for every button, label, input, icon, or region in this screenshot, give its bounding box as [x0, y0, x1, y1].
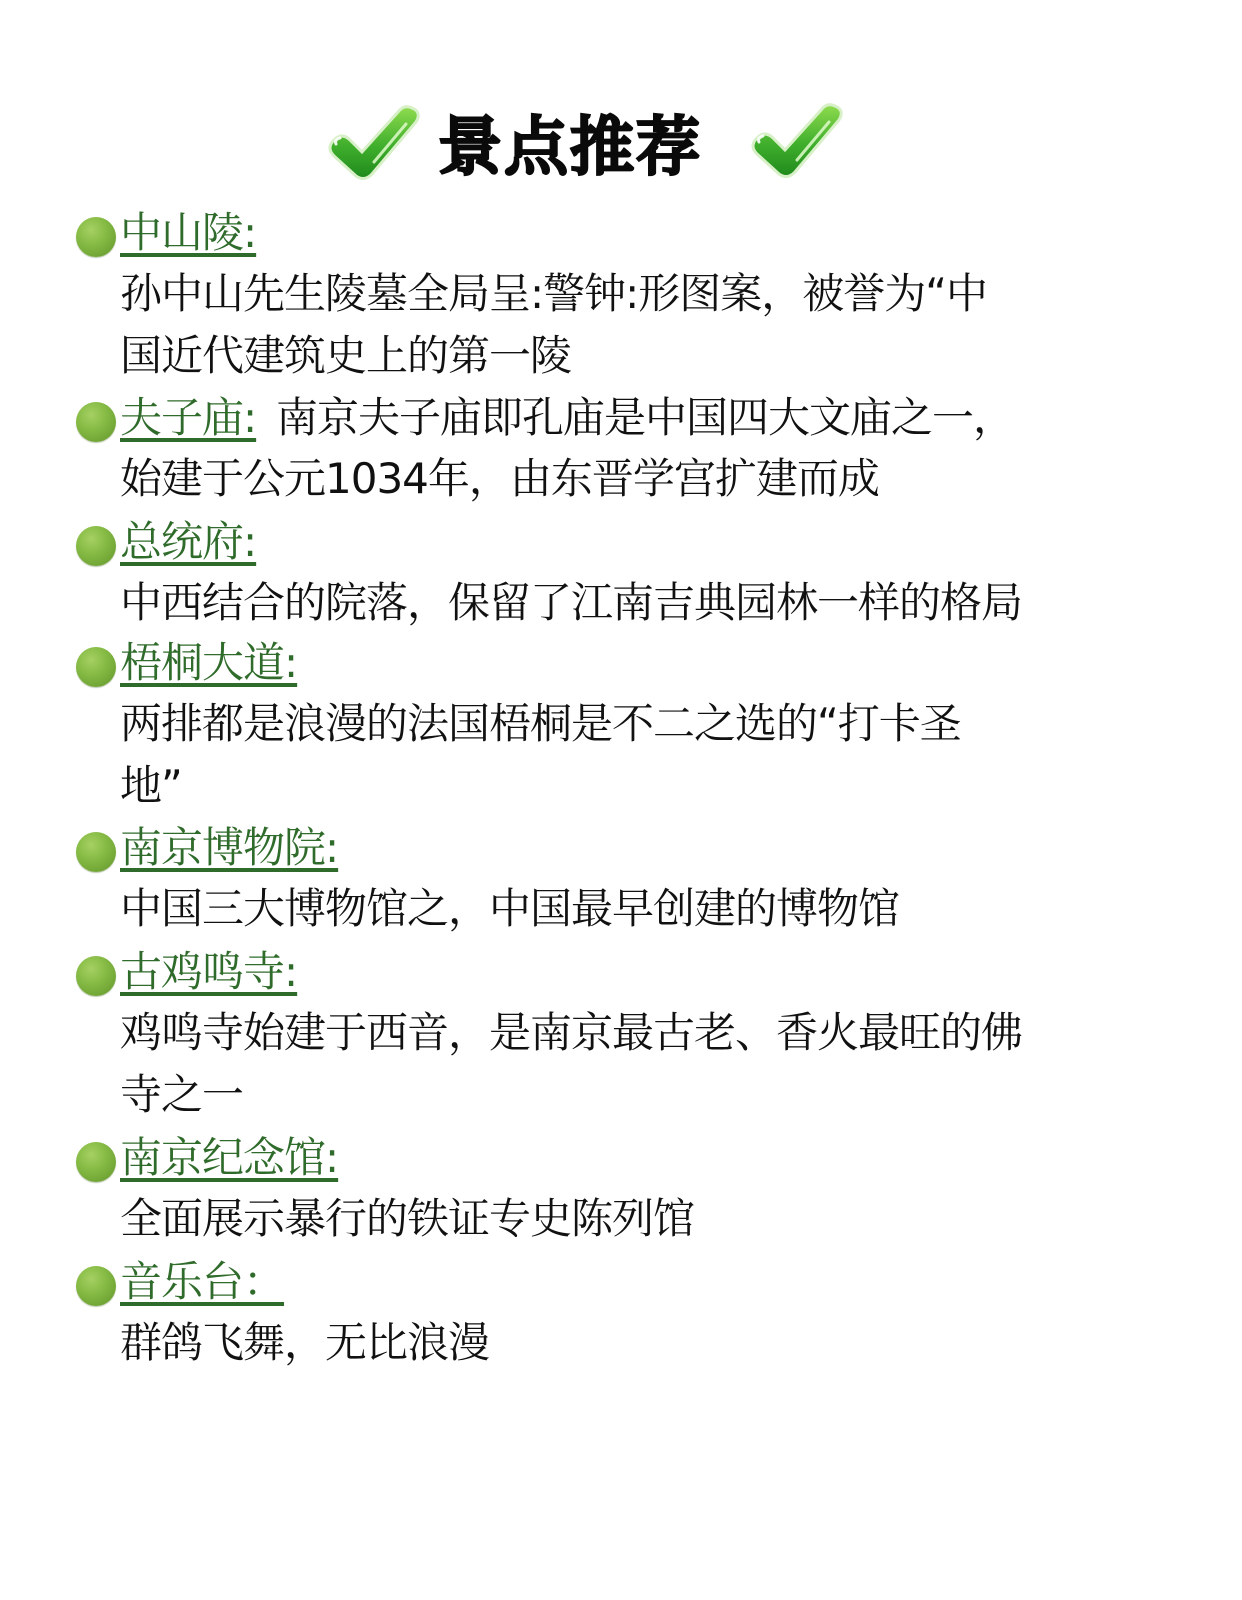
attraction-description: 群鸽飞舞，无比浪漫 [120, 1312, 1190, 1374]
attraction-name: 南京博物院: [120, 818, 338, 878]
attraction-fuzimiao: 夫子庙: 南京夫子庙即孔庙是中国四大文庙之一， 始建于公元1034年，由东晋学宫… [76, 388, 1186, 510]
description-line: 孙中山先生陵墓全局呈:警钟:形图案，被誉为“中 [120, 263, 1190, 325]
attraction-name: 南京纪念馆: [120, 1128, 338, 1188]
attraction-nanjing-museum: 南京博物院: 中国三大博物馆之，中国最早创建的博物馆 [76, 818, 1186, 940]
attraction-heading: 梧桐大道: [76, 633, 1186, 693]
attraction-description: 中国三大博物馆之，中国最早创建的博物馆 [120, 878, 1190, 940]
description-line: 两排都是浪漫的法国梧桐是不二之选的“打卡圣 [120, 693, 1190, 755]
description-line: 国近代建筑史上的第一陵 [120, 325, 1190, 387]
description-line: 全面展示暴行的铁证专史陈列馆 [120, 1188, 1190, 1250]
attraction-zhongshanling: 中山陵: 孙中山先生陵墓全局呈:警钟:形图案，被誉为“中 国近代建筑史上的第一陵 [76, 203, 1186, 387]
attraction-heading: 南京纪念馆: [76, 1128, 1186, 1188]
page-title: 景点推荐 [438, 106, 702, 190]
description-line: 中国三大博物馆之，中国最早创建的博物馆 [120, 878, 1190, 940]
attraction-name: 总统府: [120, 512, 256, 572]
attraction-wutong-avenue: 梧桐大道: 两排都是浪漫的法国梧桐是不二之选的“打卡圣 地” [76, 633, 1186, 817]
description-line: 鸡鸣寺始建于西音，是南京最古老、香火最旺的佛 [120, 1002, 1190, 1064]
attraction-name: 梧桐大道: [120, 633, 297, 693]
green-bullet-icon [76, 832, 116, 872]
attraction-description: 孙中山先生陵墓全局呈:警钟:形图案，被誉为“中 国近代建筑史上的第一陵 [120, 263, 1190, 387]
attraction-heading: 总统府: [76, 512, 1186, 572]
green-bullet-icon [76, 956, 116, 996]
attraction-name: 中山陵: [120, 203, 256, 263]
attraction-heading: 古鸡鸣寺: [76, 942, 1186, 1002]
description-line: 寺之一 [120, 1064, 1190, 1126]
green-checkmark-icon [322, 100, 422, 180]
green-bullet-icon [76, 1266, 116, 1306]
attraction-music-stage: 音乐台： 群鸽飞舞，无比浪漫 [76, 1252, 1186, 1374]
attraction-description: 全面展示暴行的铁证专史陈列馆 [120, 1188, 1190, 1250]
description-line: 始建于公元1034年，由东晋学宫扩建而成 [120, 448, 1190, 510]
attraction-jiming-temple: 古鸡鸣寺: 鸡鸣寺始建于西音，是南京最古老、香火最旺的佛 寺之一 [76, 942, 1186, 1126]
attraction-description: 鸡鸣寺始建于西音，是南京最古老、香火最旺的佛 寺之一 [120, 1002, 1190, 1126]
attraction-name: 音乐台： [120, 1252, 284, 1312]
attraction-heading: 南京博物院: [76, 818, 1186, 878]
attraction-nanjing-memorial: 南京纪念馆: 全面展示暴行的铁证专史陈列馆 [76, 1128, 1186, 1250]
attraction-description: 两排都是浪漫的法国梧桐是不二之选的“打卡圣 地” [120, 693, 1190, 817]
green-checkmark-icon [745, 98, 845, 178]
description-line: 中西结合的院落，保留了江南吉典园林一样的格局 [120, 572, 1190, 634]
description-line: 地” [120, 755, 1190, 817]
green-bullet-icon [76, 402, 116, 442]
green-bullet-icon [76, 217, 116, 257]
green-bullet-icon [76, 647, 116, 687]
attraction-description: 始建于公元1034年，由东晋学宫扩建而成 [120, 448, 1190, 510]
description-line: 群鸽飞舞，无比浪漫 [120, 1312, 1190, 1374]
attraction-heading: 中山陵: [76, 203, 1186, 263]
attraction-heading: 夫子庙: 南京夫子庙即孔庙是中国四大文庙之一， [76, 388, 1186, 448]
attraction-heading: 音乐台： [76, 1252, 1186, 1312]
attraction-name: 古鸡鸣寺: [120, 942, 297, 1002]
title-row: 景点推荐 [0, 98, 1242, 198]
attraction-inline-description: 南京夫子庙即孔庙是中国四大文庙之一， [276, 388, 1014, 448]
attraction-name: 夫子庙: [120, 388, 256, 448]
attraction-zongtongfu: 总统府: 中西结合的院落，保留了江南吉典园林一样的格局 [76, 512, 1186, 634]
green-bullet-icon [76, 526, 116, 566]
green-bullet-icon [76, 1142, 116, 1182]
attraction-description: 中西结合的院落，保留了江南吉典园林一样的格局 [120, 572, 1190, 634]
